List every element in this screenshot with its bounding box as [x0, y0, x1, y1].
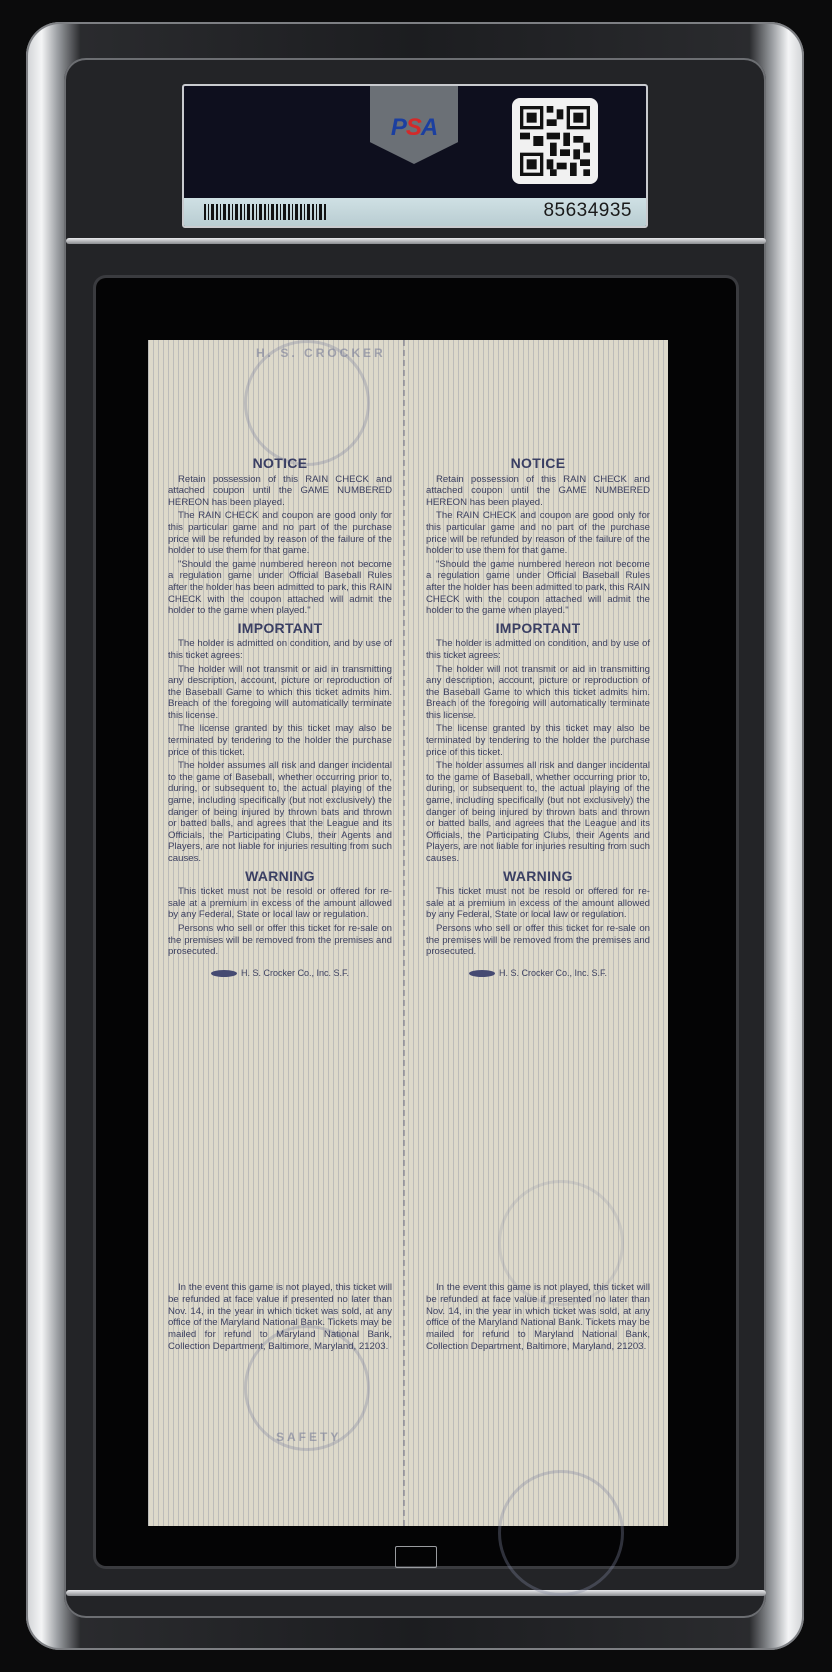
- notice-text: "Should the game numbered hereon not bec…: [168, 559, 392, 617]
- crocker-logo-icon: [211, 970, 237, 977]
- printer-credit: H. S. Crocker Co., Inc. S.F.: [426, 968, 650, 980]
- holder-clip-icon: [395, 1546, 437, 1568]
- refund-notice: In the event this game is not played, th…: [168, 1282, 392, 1353]
- crocker-logo-icon: [469, 970, 495, 977]
- notice-heading: NOTICE: [168, 458, 392, 470]
- notice-heading: NOTICE: [426, 458, 650, 470]
- notice-text: Retain possession of this RAIN CHECK and…: [426, 474, 650, 509]
- warning-text: This ticket must not be resold or offere…: [168, 886, 392, 921]
- important-heading: IMPORTANT: [168, 623, 392, 635]
- notice-text: "Should the game numbered hereon not bec…: [426, 559, 650, 617]
- important-text: The holder will not transmit or aid in t…: [426, 664, 650, 722]
- cert-number: 85634935: [543, 200, 632, 222]
- important-text: The license granted by this ticket may a…: [168, 723, 392, 758]
- warning-heading: WARNING: [426, 871, 650, 883]
- notice-text: Retain possession of this RAIN CHECK and…: [168, 474, 392, 509]
- important-text: The holder assumes all risk and danger i…: [426, 760, 650, 864]
- refund-notice: In the event this game is not played, th…: [426, 1282, 650, 1353]
- psa-label: PSA 85634935: [182, 84, 648, 228]
- barcode-icon: [204, 204, 328, 220]
- notice-text: The RAIN CHECK and coupon are good only …: [168, 510, 392, 556]
- important-heading: IMPORTANT: [426, 623, 650, 635]
- notice-text: The RAIN CHECK and coupon are good only …: [426, 510, 650, 556]
- rain-check-ticket-back: H. S. CROCKER SAFETY NOTICE Retain posse…: [148, 340, 668, 1526]
- ticket-stub-right: NOTICE Retain possession of this RAIN CH…: [418, 340, 658, 1526]
- important-text: The holder is admitted on condition, and…: [168, 638, 392, 661]
- slab-ridge-top: [66, 238, 766, 244]
- ticket-stub-left: NOTICE Retain possession of this RAIN CH…: [160, 340, 400, 1526]
- printer-credit: H. S. Crocker Co., Inc. S.F.: [168, 968, 392, 980]
- important-text: The holder will not transmit or aid in t…: [168, 664, 392, 722]
- important-text: The holder is admitted on condition, and…: [426, 638, 650, 661]
- qr-code-icon[interactable]: [512, 98, 598, 184]
- perforation-line: [403, 340, 405, 1526]
- label-strip: 85634935: [184, 198, 646, 226]
- warning-text: This ticket must not be resold or offere…: [426, 886, 650, 921]
- important-text: The holder assumes all risk and danger i…: [168, 760, 392, 864]
- warning-text: Persons who sell or offer this ticket fo…: [426, 923, 650, 958]
- slab-ridge-bottom: [66, 1590, 766, 1596]
- warning-text: Persons who sell or offer this ticket fo…: [168, 923, 392, 958]
- important-text: The license granted by this ticket may a…: [426, 723, 650, 758]
- psa-logo-icon: PSA: [374, 114, 454, 142]
- warning-heading: WARNING: [168, 871, 392, 883]
